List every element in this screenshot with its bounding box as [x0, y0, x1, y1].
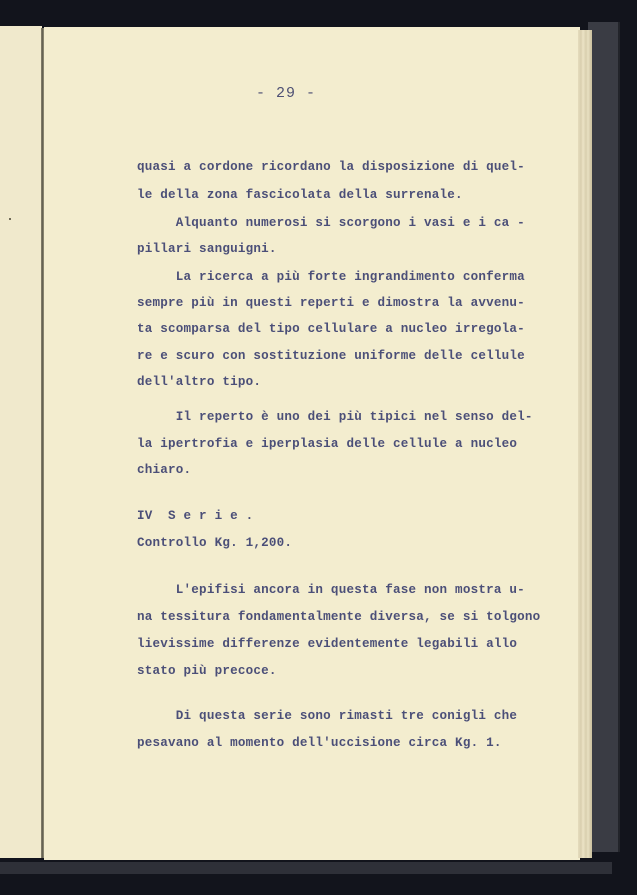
- text-line: chiaro.: [137, 463, 191, 477]
- text-line: Controllo Kg. 1,200.: [137, 536, 292, 550]
- text-line: la ipertrofia e iperplasia delle cellule…: [137, 437, 517, 451]
- text-line: na tessitura fondamentalmente diversa, s…: [137, 610, 540, 624]
- left-page-edge: [0, 26, 42, 858]
- text-line: stato più precoce.: [137, 664, 277, 678]
- text-line: Il reperto è uno dei più tipici nel sens…: [137, 410, 533, 424]
- page-number: - 29 -: [256, 85, 316, 102]
- text-line: Alquanto numerosi si scorgono i vasi e i…: [137, 216, 525, 230]
- text-line: le della zona fascicolata della surrenal…: [137, 188, 463, 202]
- stray-mark: [9, 218, 11, 220]
- text-line: lievissime differenze evidentemente lega…: [137, 637, 517, 651]
- text-line: Di questa serie sono rimasti tre conigli…: [137, 709, 517, 723]
- page-edges: [578, 30, 592, 858]
- text-line: re e scuro con sostituzione uniforme del…: [137, 349, 525, 363]
- text-line: pillari sanguigni.: [137, 242, 277, 256]
- text-line: L'epifisi ancora in questa fase non most…: [137, 583, 525, 597]
- text-line: sempre più in questi reperti e dimostra …: [137, 296, 525, 310]
- text-line: ta scomparsa del tipo cellulare a nucleo…: [137, 322, 525, 336]
- section-heading: IV S e r i e .: [137, 509, 253, 523]
- text-line: dell'altro tipo.: [137, 375, 261, 389]
- book-cover-bottom: [0, 862, 612, 874]
- text-line: La ricerca a più forte ingrandimento con…: [137, 270, 525, 284]
- text-line: pesavano al momento dell'uccisione circa…: [137, 736, 502, 750]
- book-cover-right: [588, 22, 620, 852]
- text-line: quasi a cordone ricordano la disposizion…: [137, 160, 525, 174]
